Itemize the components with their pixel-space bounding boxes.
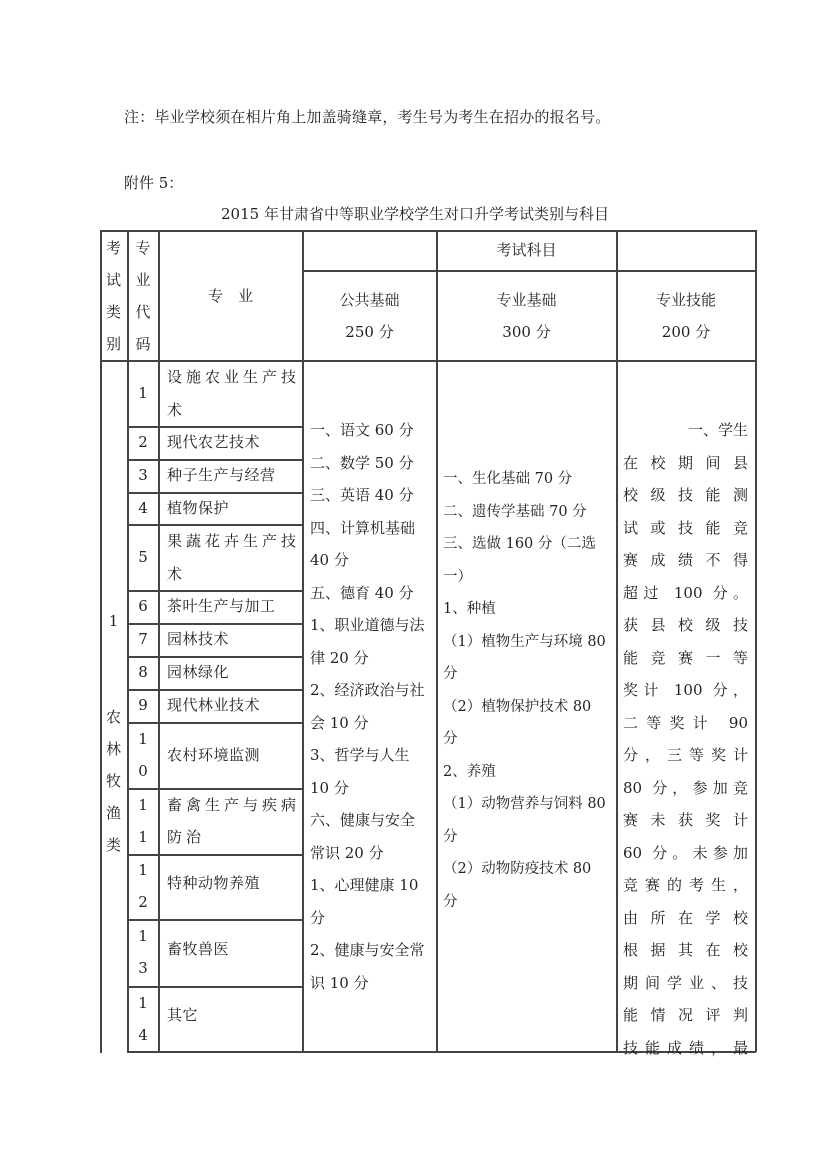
header-score: 200 分 — [617, 316, 755, 348]
content-line: 分，三等奖计 — [623, 739, 748, 772]
major-name: 果蔬花卉生产技术 — [159, 525, 302, 591]
major-name: 农村环境监测 — [159, 739, 302, 772]
content-line: 1、种植 — [443, 593, 615, 626]
professional-basic-content: 一、生化基础 70 分 二、遗传学基础 70 分 三、选做 160 分（二选 一… — [443, 463, 615, 918]
content-line: 二、遗传学基础 70 分 — [443, 496, 615, 529]
major-name: 茶叶生产与加工 — [159, 590, 302, 623]
content-line: 一） — [443, 561, 615, 594]
header-label: 公共基础 — [303, 284, 436, 316]
content-line: 三、选做 160 分（二选 — [443, 528, 615, 561]
header-char: 考 — [100, 232, 127, 264]
content-line: 能竞赛一等 — [623, 642, 748, 675]
content-line: 2、养殖 — [443, 756, 615, 789]
major-code: 5 — [128, 541, 158, 574]
content-line: 试或技能竞 — [623, 512, 748, 545]
major-code: 6 — [128, 590, 158, 623]
major-code: 13 — [128, 920, 158, 984]
content-line: 会 10 分 — [310, 707, 432, 740]
category-char: 农 — [100, 701, 127, 733]
header-char: 代 — [128, 296, 158, 328]
major-code: 2 — [128, 426, 158, 459]
content-line: 三、英语 40 分 — [310, 479, 432, 512]
category-char: 林 — [100, 733, 127, 765]
major-code: 10 — [128, 723, 158, 787]
major-code: 1 — [128, 377, 158, 410]
professional-skill-content: 一、学生 在校期间县 校级技能测 试或技能竞 赛成绩不得 超过 100 分。 获… — [623, 414, 748, 1064]
category-char: 牧 — [100, 765, 127, 797]
major-name: 畜牧兽医 — [159, 933, 302, 966]
header-code: 专 业 代 码 — [128, 232, 158, 360]
content-line: 分 — [443, 886, 615, 919]
major-name: 园林绿化 — [159, 656, 302, 689]
header-char: 类 — [100, 296, 127, 328]
category-char: 渔 — [100, 797, 127, 829]
header-category: 考 试 类 别 — [100, 232, 127, 360]
header-label: 专业基础 — [437, 284, 616, 316]
header-char: 码 — [128, 328, 158, 360]
header-exam-subjects: 考试科目 — [437, 234, 616, 267]
major-code: 12 — [128, 854, 158, 918]
content-line: 二、数学 50 分 — [310, 447, 432, 480]
content-line: 根据其在校 — [623, 934, 748, 967]
exam-subjects-table: 考 试 类 别 专 业 代 码 专 业 考试科目 公共基础 250 分 专业基础… — [100, 230, 756, 1052]
content-line: 奖计 100 分， — [623, 674, 748, 707]
content-line: 60 分。未参加 — [623, 837, 748, 870]
col-line-3 — [302, 230, 304, 1052]
content-line: 获县校级技 — [623, 609, 748, 642]
major-code: 11 — [128, 789, 158, 853]
major-name: 植物保护 — [159, 492, 302, 525]
major-name: 现代林业技术 — [159, 689, 302, 722]
content-line: 超过 100 分。 — [623, 577, 748, 610]
content-line: 分 — [443, 658, 615, 691]
header-major: 专 业 — [159, 280, 302, 313]
note-text: 注：毕业学校须在相片角上加盖骑缝章，考生号为考生在招办的报名号。 — [124, 106, 610, 127]
content-line: 二等奖计 90 — [623, 707, 748, 740]
content-line: （2）植物保护技术 80 — [443, 691, 615, 724]
content-line: 期间学业、技 — [623, 967, 748, 1000]
content-line: 竞赛的考生， — [623, 869, 748, 902]
content-line: 2、经济政治与社 — [310, 674, 432, 707]
content-line: 一、生化基础 70 分 — [443, 463, 615, 496]
major-name: 种子生产与经营 — [159, 459, 302, 492]
content-line: 一、语文 60 分 — [310, 414, 432, 447]
major-name: 现代农艺技术 — [159, 426, 302, 459]
col-line-4 — [436, 230, 438, 1052]
header-label: 专业技能 — [617, 284, 755, 316]
content-line: 赛成绩不得 — [623, 544, 748, 577]
header-char: 别 — [100, 328, 127, 360]
major-name: 其它 — [159, 999, 302, 1032]
major-code: 9 — [128, 689, 158, 722]
content-line: （1）植物生产与环境 80 — [443, 626, 615, 659]
content-line: 常识 20 分 — [310, 837, 432, 870]
header-divider — [302, 270, 756, 272]
content-line: 赛未获奖计 — [623, 804, 748, 837]
content-line: 识 10 分 — [310, 967, 432, 1000]
header-public-basic: 公共基础 250 分 — [303, 284, 436, 348]
content-line: 四、计算机基础 — [310, 512, 432, 545]
col-line-6 — [755, 230, 757, 1052]
content-line: 分 — [443, 723, 615, 756]
category-char: 类 — [100, 829, 127, 861]
major-code: 14 — [128, 987, 158, 1051]
category-cell: 1 农 林 牧 渔 类 — [100, 605, 127, 861]
major-name: 设施农业生产技术 — [159, 361, 302, 427]
content-line: 一、学生 — [623, 414, 748, 447]
content-line: 六、健康与安全 — [310, 804, 432, 837]
content-line: （1）动物营养与饲料 80 — [443, 788, 615, 821]
header-professional-basic: 专业基础 300 分 — [437, 284, 616, 348]
header-char: 试 — [100, 264, 127, 296]
major-name: 园林技术 — [159, 623, 302, 656]
major-name: 特种动物养殖 — [159, 867, 302, 900]
major-code: 4 — [128, 492, 158, 525]
content-line: 10 分 — [310, 772, 432, 805]
major-code: 3 — [128, 459, 158, 492]
header-professional-skill: 专业技能 200 分 — [617, 284, 755, 348]
attachment-label: 附件 5： — [124, 172, 183, 193]
public-basic-content: 一、语文 60 分 二、数学 50 分 三、英语 40 分 四、计算机基础 40… — [310, 414, 432, 999]
content-line: 由所在学校 — [623, 902, 748, 935]
content-line: 2、健康与安全常 — [310, 934, 432, 967]
content-line: 3、哲学与人生 — [310, 739, 432, 772]
content-line: 1、心理健康 10 分 — [310, 869, 432, 934]
content-line: （2）动物防疫技术 80 — [443, 853, 615, 886]
content-line: 能情况评判 — [623, 999, 748, 1032]
table-title: 2015 年甘肃省中等职业学校学生对口升学考试类别与科目 — [0, 203, 826, 224]
category-number: 1 — [100, 605, 127, 637]
content-line: 律 20 分 — [310, 642, 432, 675]
content-line: 80 分，参加竞 — [623, 772, 748, 805]
content-line: 分 — [443, 821, 615, 854]
header-score: 300 分 — [437, 316, 616, 348]
content-line: 在校期间县 — [623, 447, 748, 480]
col-line-5 — [616, 230, 618, 1052]
major-name: 畜禽生产与疾病防治 — [159, 789, 302, 853]
header-char: 业 — [128, 264, 158, 296]
header-char: 专 — [128, 232, 158, 264]
major-code: 7 — [128, 623, 158, 656]
content-line: 1、职业道德与法 — [310, 609, 432, 642]
header-score: 250 分 — [303, 316, 436, 348]
content-line: 技能成绩，最 — [623, 1032, 748, 1065]
content-line: 40 分 — [310, 544, 432, 577]
major-code: 8 — [128, 656, 158, 689]
table-border-top — [100, 230, 756, 232]
content-line: 五、德育 40 分 — [310, 577, 432, 610]
content-line: 校级技能测 — [623, 479, 748, 512]
